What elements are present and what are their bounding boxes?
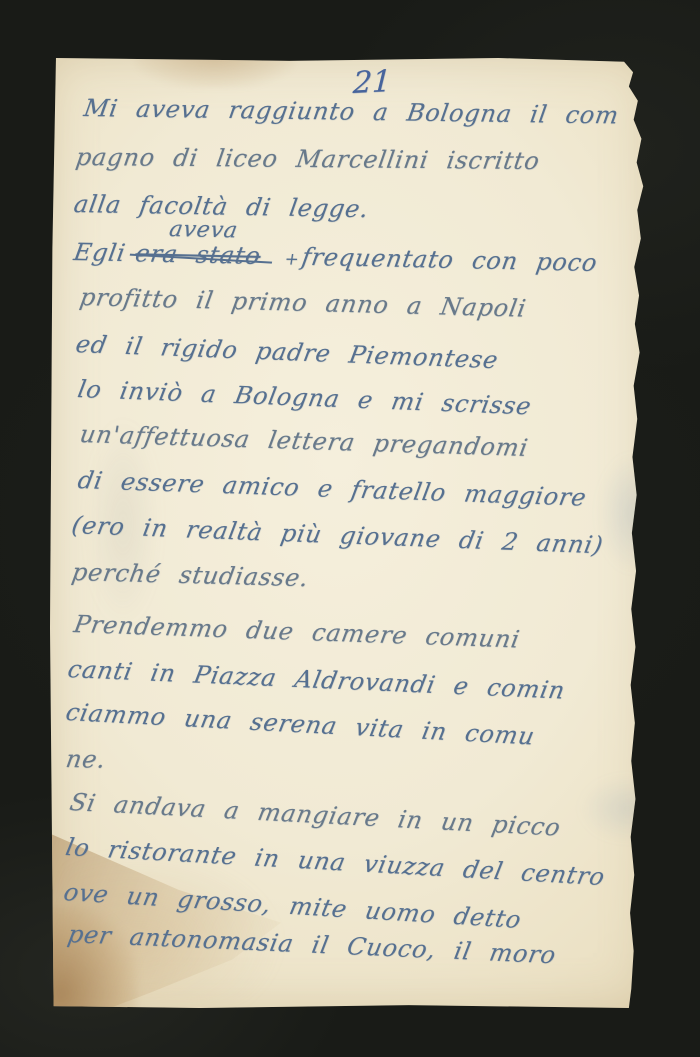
manuscript-line: ne. bbox=[64, 747, 108, 773]
ink-smudge bbox=[580, 776, 675, 841]
manuscript-line: un'affettuosa lettera pregandomi bbox=[78, 422, 530, 461]
correction-struck-text: era stato bbox=[133, 239, 263, 270]
correction-continuation: frequentato con poco bbox=[300, 243, 600, 277]
photo-of-manuscript: 21 Mi aveva raggiunto a Bologna il com p… bbox=[0, 0, 700, 1057]
correction-inserted-word: aveva bbox=[168, 218, 240, 243]
manuscript-line: lo ristorante in una viuzza del centro bbox=[64, 835, 608, 890]
correction-caret-mark: + bbox=[283, 248, 301, 268]
manuscript-line: ciammo una serena vita in comu bbox=[64, 700, 537, 750]
manuscript-line-with-correction: Egliavevaera stato +frequentato con poco bbox=[72, 240, 599, 276]
correction-word-before: Egli bbox=[72, 238, 128, 267]
manuscript-line: perché studiasse. bbox=[70, 560, 311, 591]
manuscript-page: 21 Mi aveva raggiunto a Bologna il com p… bbox=[50, 58, 648, 1008]
manuscript-line: pagno di liceo Marcellini iscritto bbox=[74, 145, 541, 174]
manuscript-line: di essere amico e fratello maggiore bbox=[76, 468, 589, 511]
manuscript-line: Si andava a mangiare in un picco bbox=[68, 790, 563, 841]
manuscript-line: (ero in realtà più giovane di 2 anni) bbox=[70, 513, 605, 558]
manuscript-line: Prendemmo due camere comuni bbox=[72, 612, 522, 653]
manuscript-line: lo inviò a Bologna e mi scrisse bbox=[76, 377, 534, 419]
top-edge-stain bbox=[135, 54, 295, 88]
page-number: 21 bbox=[352, 67, 392, 99]
manuscript-line: Mi aveva raggiunto a Bologna il com bbox=[82, 96, 621, 129]
manuscript-line: profitto il primo anno a Napoli bbox=[78, 285, 528, 322]
manuscript-line: ed il rigido padre Piemontese bbox=[74, 332, 501, 373]
ink-smudge bbox=[598, 453, 668, 573]
manuscript-line: canti in Piazza Aldrovandi e comin bbox=[66, 657, 568, 704]
